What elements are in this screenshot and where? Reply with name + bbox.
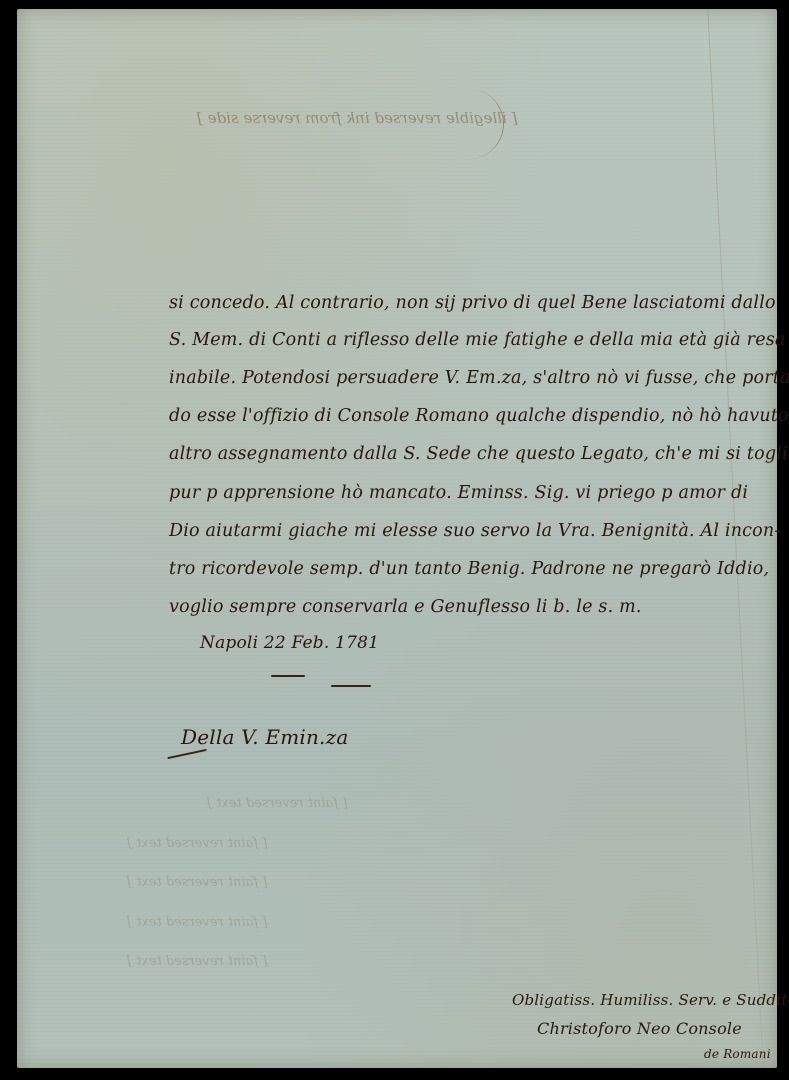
bleedthrough-line-5: [ faint reversed text ] xyxy=(127,954,267,969)
bracket-mark xyxy=(463,89,504,159)
closing-flourish xyxy=(167,749,206,759)
body-line-9: voglio sempre conservarla e Genuflesso l… xyxy=(169,597,642,617)
bleedthrough-line-2: [ faint reversed text ] xyxy=(127,836,267,851)
body-line-3: inabile. Potendosi persuadere V. Em.za, … xyxy=(169,368,789,388)
closing-salutation: Della V. Emin.za xyxy=(181,725,348,749)
body-line-2: S. Mem. di Conti a riflesso delle mie fa… xyxy=(169,330,786,350)
date-underline xyxy=(271,675,305,677)
signature-line-1: Obligatiss. Humiliss. Serv. e Suddito xyxy=(512,991,789,1009)
signature-line-2: Christoforo Neo Console xyxy=(537,1019,742,1038)
body-line-4: do esse l'offizio di Console Romano qual… xyxy=(169,406,789,426)
body-line-8: tro ricordevole semp. d'un tanto Benig. … xyxy=(169,559,769,579)
bleedthrough-line-4: [ faint reversed text ] xyxy=(127,915,267,930)
body-line-7: Dio aiutarmi giache mi elesse suo servo … xyxy=(169,521,781,541)
year-underline xyxy=(331,685,371,687)
signature-line-3: de Romani xyxy=(704,1047,771,1061)
body-line-1: si concedo. Al contrario, non sij privo … xyxy=(169,293,776,313)
bleedthrough-line-1: [ faint reversed text ] xyxy=(207,796,347,811)
dateline: Napoli 22 Feb. 1781 xyxy=(200,633,379,653)
body-line-5: altro assegnamento dalla S. Sede che que… xyxy=(169,444,789,464)
body-line-6: pur p apprensione hò mancato. Eminss. Si… xyxy=(169,483,748,503)
bleedthrough-line-3: [ faint reversed text ] xyxy=(127,875,267,890)
manuscript-page: [ illegible reversed ink from reverse si… xyxy=(17,9,777,1068)
